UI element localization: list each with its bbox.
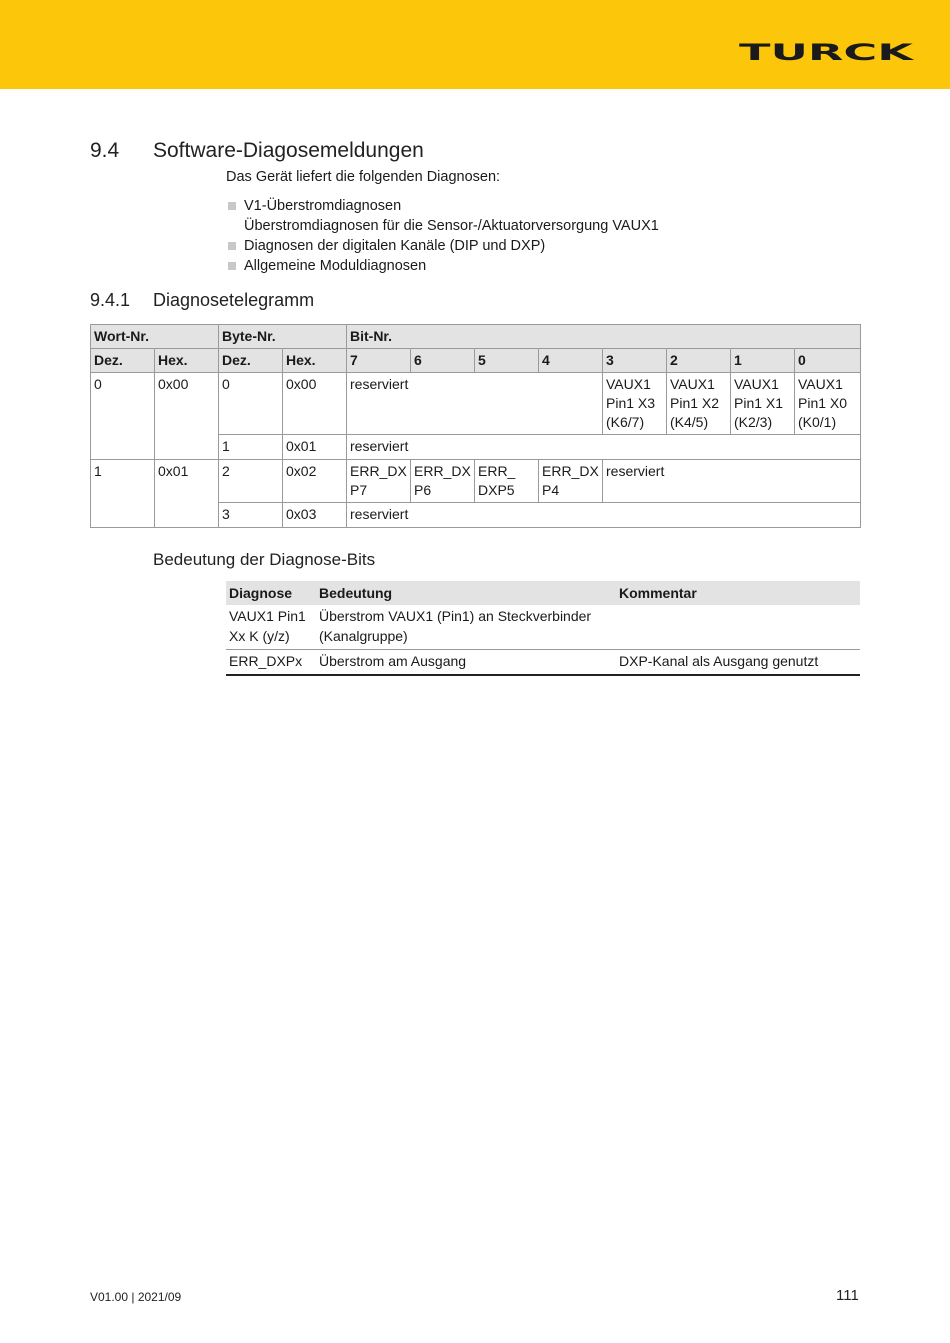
header-bedeutung: Bedeutung <box>316 581 616 605</box>
diagnose-cell: VAUX1 Pin1Xx K (y/z) <box>226 605 316 650</box>
header-cell: 4 <box>539 349 603 373</box>
turck-logo: TURCK <box>738 41 914 63</box>
kommentar-cell <box>616 605 860 650</box>
svg-text:TURCK: TURCK <box>739 41 914 63</box>
reserved-cell: reserviert <box>347 373 603 435</box>
byte-hex-cell: 0x01 <box>283 435 347 460</box>
table-row: ERR_DXPx Überstrom am Ausgang DXP-Kanal … <box>226 650 860 676</box>
byte-dec-cell: 1 <box>219 435 283 460</box>
table-row: 0 0x00 0 0x00 reserviert VAUX1Pin1 X3(K6… <box>91 373 861 435</box>
header-band: TURCK <box>0 0 950 89</box>
diagnose-cell: ERR_DXPx <box>226 650 316 676</box>
header-cell: 0 <box>795 349 861 373</box>
header-cell: Hex. <box>283 349 347 373</box>
header-cell: 1 <box>731 349 795 373</box>
header-cell: 5 <box>475 349 539 373</box>
subsection-title: Diagnosetelegramm <box>153 290 314 311</box>
header-cell: 6 <box>411 349 475 373</box>
list-item: Diagnosen der digitalen Kanäle (DIP und … <box>228 236 659 256</box>
byte-hex-cell: 0x00 <box>283 373 347 435</box>
table-group-header-row: Wort-Nr. Byte-Nr. Bit-Nr. <box>91 325 861 349</box>
bit-cell: ERR_DXP7 <box>347 460 411 503</box>
byte-dec-cell: 2 <box>219 460 283 503</box>
page-number: 111 <box>836 1287 859 1304</box>
table-header-row: Diagnose Bedeutung Kommentar <box>226 581 860 605</box>
table-row: 1 0x01 2 0x02 ERR_DXP7 ERR_DXP6 ERR_DXP5… <box>91 460 861 503</box>
intro-text: Das Gerät liefert die folgenden Diagnose… <box>226 169 500 185</box>
header-cell: Dez. <box>91 349 155 373</box>
diagnostic-telegram-table: Wort-Nr. Byte-Nr. Bit-Nr. Dez. Hex. Dez.… <box>90 324 861 528</box>
reserved-cell: reserviert <box>347 503 861 528</box>
header-byte-nr: Byte-Nr. <box>219 325 347 349</box>
bit-cell: VAUX1Pin1 X0(K0/1) <box>795 373 861 435</box>
byte-hex-cell: 0x03 <box>283 503 347 528</box>
table-sub-header-row: Dez. Hex. Dez. Hex. 7 6 5 4 3 2 1 0 <box>91 349 861 373</box>
header-diagnose: Diagnose <box>226 581 316 605</box>
reserved-cell: reserviert <box>603 460 861 503</box>
bedeutung-cell: Überstrom VAUX1 (Pin1) an Steckverbinder… <box>316 605 616 650</box>
subsection-number: 9.4.1 <box>90 290 150 311</box>
header-cell: Hex. <box>155 349 219 373</box>
footer-version: V01.00 | 2021/09 <box>90 1290 181 1304</box>
bit-cell: VAUX1Pin1 X3(K6/7) <box>603 373 667 435</box>
word-hex-cell: 0x00 <box>155 373 219 460</box>
header-kommentar: Kommentar <box>616 581 860 605</box>
kommentar-cell: DXP-Kanal als Ausgang genutzt <box>616 650 860 676</box>
list-item: Allgemeine Moduldiagnosen <box>228 256 659 276</box>
section-number: 9.4 <box>90 139 150 163</box>
list-item: V1-Überstromdiagnosen Überstromdiagnosen… <box>228 196 659 236</box>
byte-dec-cell: 3 <box>219 503 283 528</box>
header-word-nr: Wort-Nr. <box>91 325 219 349</box>
bit-cell: ERR_DXP5 <box>475 460 539 503</box>
diagnosis-bits-meaning-table: Diagnose Bedeutung Kommentar VAUX1 Pin1X… <box>226 581 860 676</box>
header-bit-nr: Bit-Nr. <box>347 325 861 349</box>
word-hex-cell: 0x01 <box>155 460 219 528</box>
bit-cell: ERR_DXP6 <box>411 460 475 503</box>
bullet-square-icon <box>228 202 236 210</box>
header-cell: 7 <box>347 349 411 373</box>
word-dec-cell: 1 <box>91 460 155 528</box>
header-cell: 3 <box>603 349 667 373</box>
header-cell: 2 <box>667 349 731 373</box>
bullet-square-icon <box>228 262 236 270</box>
section-title: Software-Diagosemeldungen <box>153 139 424 163</box>
header-cell: Dez. <box>219 349 283 373</box>
bedeutung-cell: Überstrom am Ausgang <box>316 650 616 676</box>
meaning-heading: Bedeutung der Diagnose-Bits <box>153 550 375 570</box>
table-row: VAUX1 Pin1Xx K (y/z) Überstrom VAUX1 (Pi… <box>226 605 860 650</box>
byte-hex-cell: 0x02 <box>283 460 347 503</box>
bit-cell: ERR_DXP4 <box>539 460 603 503</box>
bit-cell: VAUX1Pin1 X1(K2/3) <box>731 373 795 435</box>
bit-cell: VAUX1Pin1 X2(K4/5) <box>667 373 731 435</box>
byte-dec-cell: 0 <box>219 373 283 435</box>
word-dec-cell: 0 <box>91 373 155 460</box>
diagnosis-list: V1-Überstromdiagnosen Überstromdiagnosen… <box>228 196 659 276</box>
reserved-cell: reserviert <box>347 435 861 460</box>
bullet-square-icon <box>228 242 236 250</box>
